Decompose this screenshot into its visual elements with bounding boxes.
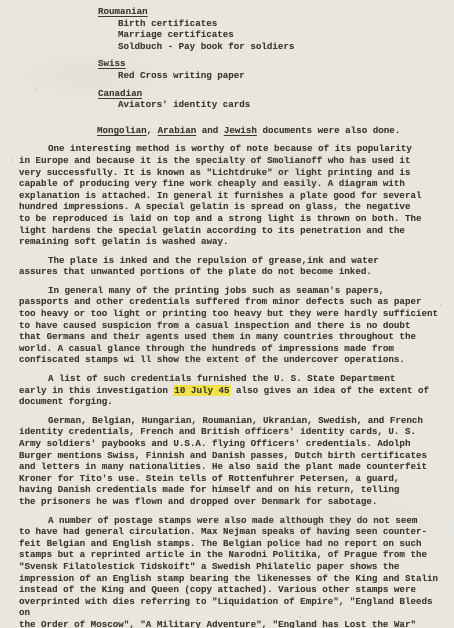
text-line: passports and other credentials suffered… <box>19 296 441 308</box>
text-line: Army soldiers' paybooks and U.S.A. flyin… <box>19 438 441 450</box>
text-line: early in this investigation 10 July 45 a… <box>19 385 441 397</box>
text-line: very successfully. It is known as "Licht… <box>19 167 441 179</box>
section-heading: Swiss <box>98 58 441 70</box>
document-page: RoumanianBirth certificatesMarriage cert… <box>0 0 454 628</box>
section-item: Soldbuch - Pay book for soldiers <box>118 41 441 53</box>
highlighted-date: 10 July 45 <box>173 385 230 396</box>
paragraph: A number of postage stamps were also mad… <box>19 515 441 628</box>
text-line: confiscated stamps wi ll show the extent… <box>19 354 441 366</box>
text-line: remaining soft gelatin is washed away. <box>19 236 441 248</box>
text-line: in Europe and because it is the specialt… <box>19 155 441 167</box>
text-line: A list of such credentials furnished the… <box>19 373 441 385</box>
text-line: Burger mentions Swiss, Finnish and Danis… <box>19 450 441 462</box>
text-line: A number of postage stamps were also mad… <box>19 515 441 527</box>
text-line: to have had general circulation. Max Nej… <box>19 526 441 538</box>
note-text: , <box>147 125 158 136</box>
section-item: Marriage certificates <box>118 29 441 41</box>
paragraph: A list of such credentials furnished the… <box>19 373 441 408</box>
text-line: and letters in many nationalities. He al… <box>19 461 441 473</box>
text-line: stamps but a reprinted article in the Na… <box>19 549 441 561</box>
text-line: instead of the King and Queen (copy atta… <box>19 584 441 596</box>
section-heading: Roumanian <box>98 6 441 18</box>
section-item: Birth certificates <box>118 18 441 30</box>
section-item: Red Cross writing paper <box>118 70 441 82</box>
text-line: explanation is attached. In general it f… <box>19 190 441 202</box>
text-line: too heavy or too light or printing too h… <box>19 308 441 320</box>
text-line: world. A casual glance through the hundr… <box>19 343 441 355</box>
underlined-word: Jewish <box>224 125 257 136</box>
line-segment: early in this investigation <box>19 385 173 396</box>
text-line: Kroner for Tito's use. Stein tells of Ro… <box>19 473 441 485</box>
text-line: "Svensk Filatolestick Tidskoift" a Swedi… <box>19 561 441 573</box>
document-section: RoumanianBirth certificatesMarriage cert… <box>19 6 441 52</box>
document-section: CanadianAviators' identity cards <box>19 88 441 111</box>
paragraph: In general many of the printing jobs suc… <box>19 285 441 366</box>
text-line: document forging. <box>19 396 441 408</box>
text-line: having Danish credentials made for himse… <box>19 484 441 496</box>
text-line: The plate is inked and the repulsion of … <box>19 255 441 267</box>
line-segment: also gives an idea of the extent of <box>231 385 429 396</box>
paragraph: One interesting method is worthy of note… <box>19 143 441 247</box>
text-line: impression of an English stamp bearing t… <box>19 573 441 585</box>
text-line: identity credentials, French and British… <box>19 426 441 438</box>
paragraph: German, Belgian, Hungarian, Roumanian, U… <box>19 415 441 508</box>
section-item: Aviators' identity cards <box>118 99 441 111</box>
text-line: the Order of Moscow", "A Military Advent… <box>19 619 441 628</box>
paragraph: The plate is inked and the repulsion of … <box>19 255 441 278</box>
text-line: capable of producing very fine work chea… <box>19 178 441 190</box>
text-line: that Germans and their agents used them … <box>19 331 441 343</box>
underlined-word: Mongolian <box>97 125 147 136</box>
document-section: SwissRed Cross writing paper <box>19 58 441 81</box>
note-text: documents were also done. <box>257 125 400 136</box>
text-line: overprinted with dies referring to "Liqu… <box>19 596 441 619</box>
section-heading: Canadian <box>98 88 441 100</box>
text-line: One interesting method is worthy of note… <box>19 143 441 155</box>
text-line: light hardens the special gelatin accord… <box>19 225 441 237</box>
text-line: German, Belgian, Hungarian, Roumanian, U… <box>19 415 441 427</box>
text-line: assures that unwanted portions of the pl… <box>19 266 441 278</box>
text-line: to be reproduced is laid on top and a st… <box>19 213 441 225</box>
text-line: hundred impressions. A special gelatin i… <box>19 201 441 213</box>
text-line: In general many of the printing jobs suc… <box>19 285 441 297</box>
underlined-note-line: Mongolian, Arabian and Jewish documents … <box>97 125 441 137</box>
text-line: feit Belgian and English stamps. The Bel… <box>19 538 441 550</box>
text-line: the prisoners he was flown and dropped o… <box>19 496 441 508</box>
text-line: to have caused suspicion from a casual i… <box>19 320 441 332</box>
note-text: and <box>196 125 224 136</box>
underlined-word: Arabian <box>158 125 197 136</box>
